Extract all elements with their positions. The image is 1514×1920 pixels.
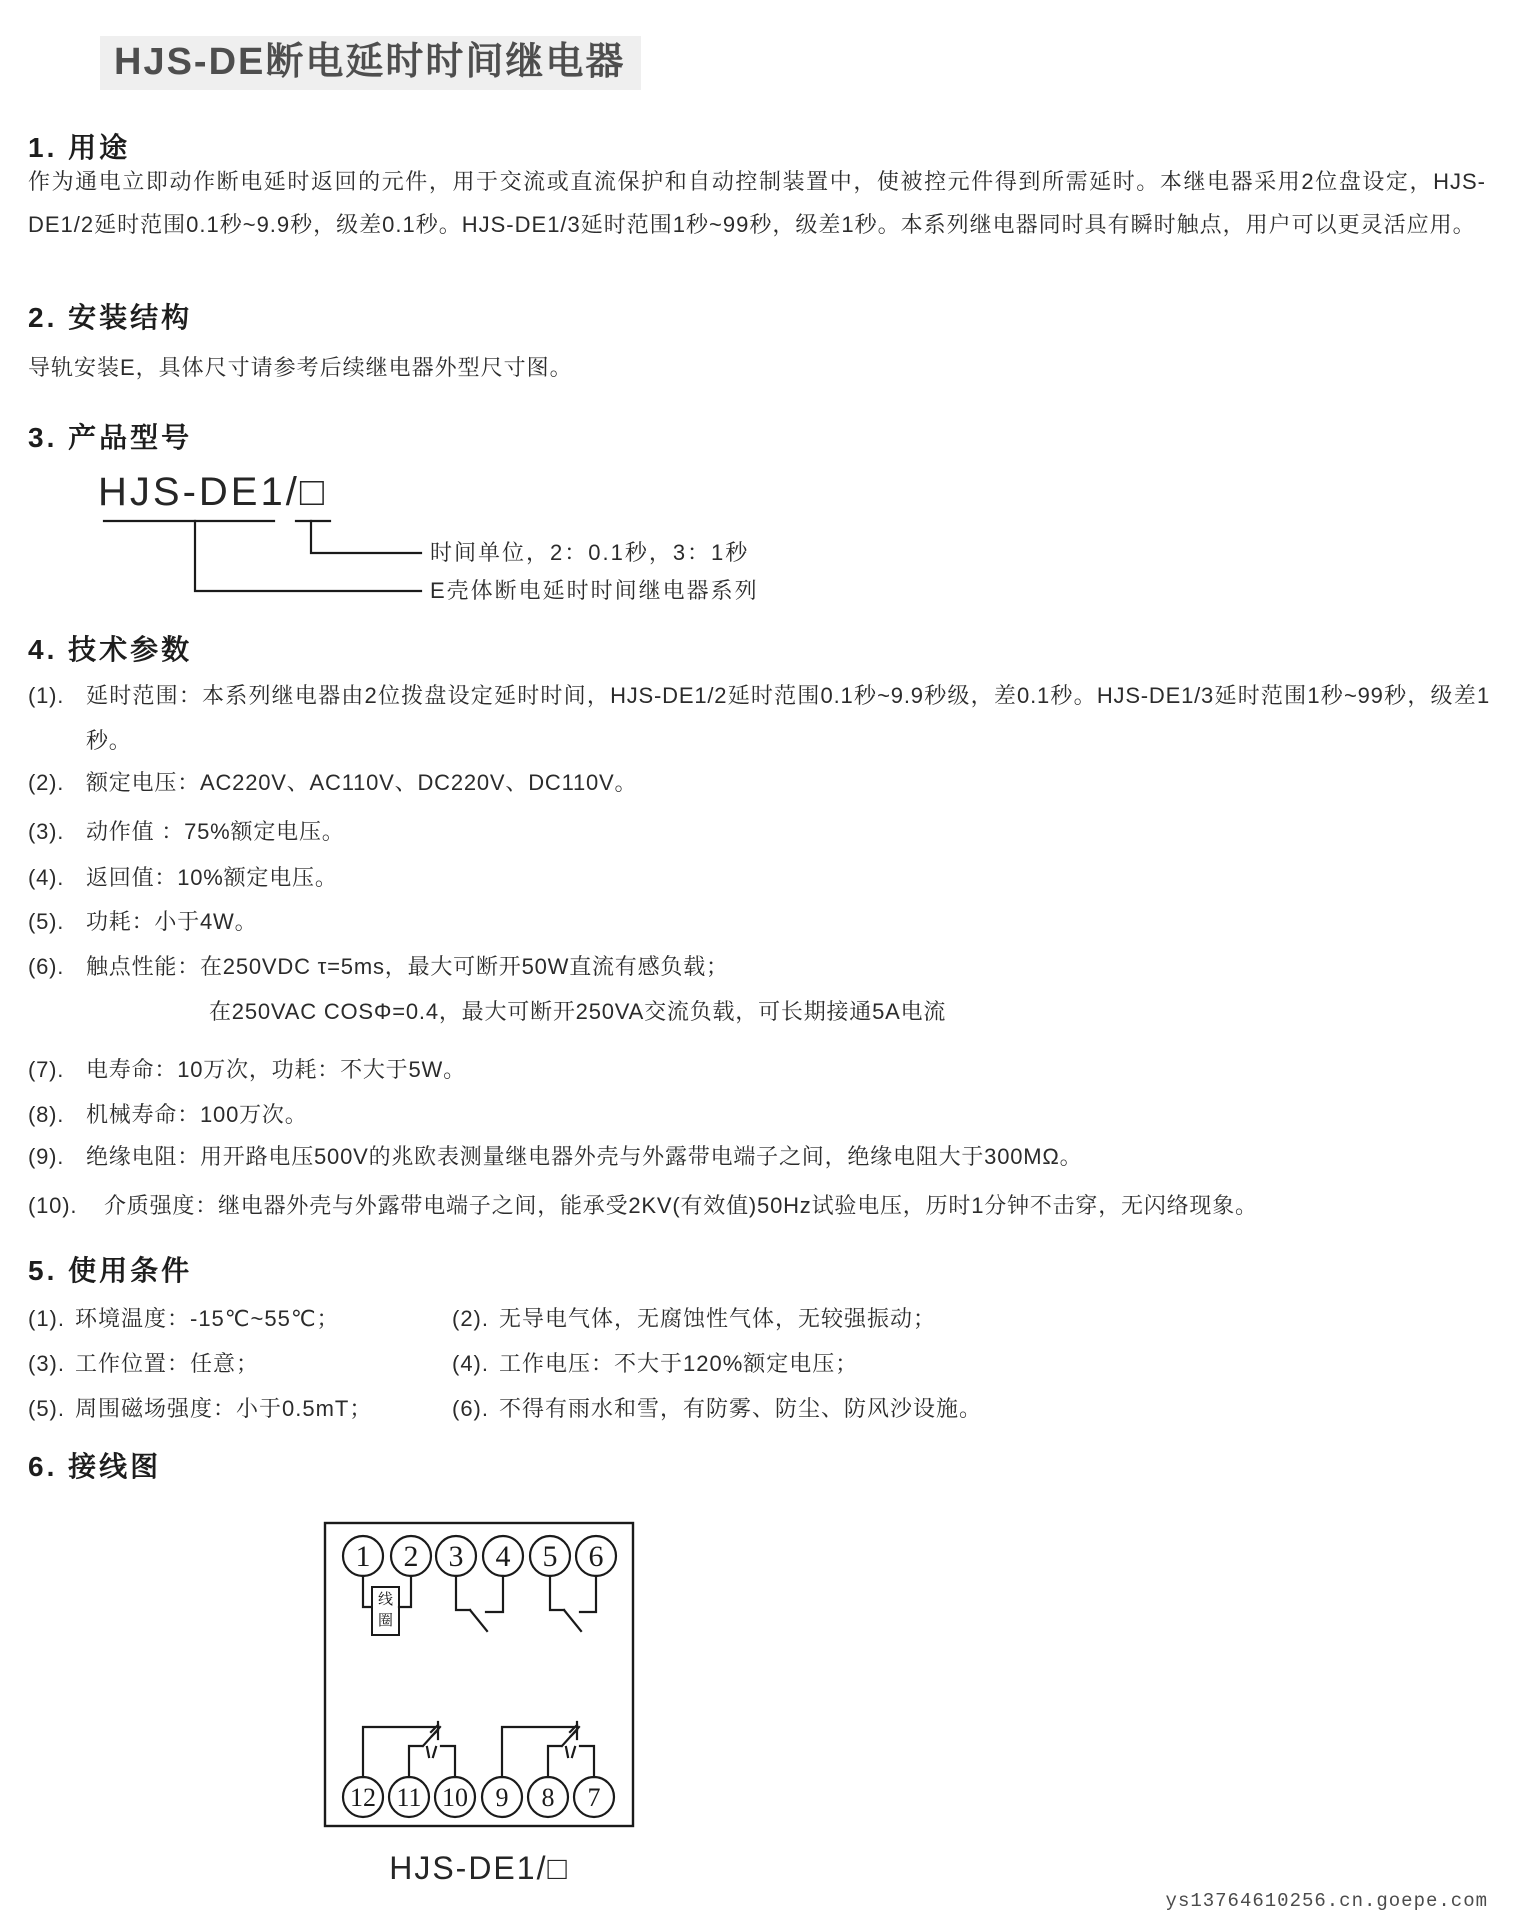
terminal-8: 8: [528, 1777, 568, 1817]
tech-item-4-text: 返回值：10%额定电压。: [86, 855, 1490, 900]
contact-3-4: [456, 1576, 503, 1631]
terminal-5-number: 5: [543, 1540, 558, 1573]
cond-item-2-label: (2).: [452, 1304, 489, 1334]
terminal-5: 5: [530, 1536, 570, 1576]
tech-item-6-line1: 触点性能：在250VDC τ=5ms，最大可断开50W直流有感负载；: [86, 944, 1490, 989]
contact-5-6-wire-right: [580, 1576, 596, 1612]
contact-left-delay-fork: [427, 1747, 436, 1757]
contact-12-wire: [363, 1727, 435, 1777]
tech-item-2-text: 额定电压：AC220V、AC110V、DC220V、DC110V。: [86, 760, 1490, 805]
tech-item-8-text: 机械寿命：100万次。: [86, 1092, 1490, 1137]
tech-item-6-line2: 在250VAC COSΦ=0.4，最大可断开250VA交流负载，可长期接通5A电…: [86, 989, 1490, 1034]
terminal-12-number: 12: [350, 1783, 376, 1812]
cond-item-3-text: 工作位置：任意；: [75, 1349, 259, 1379]
section-2-heading: 2. 安装结构: [28, 296, 192, 336]
cond-item-2: (2). 无导电气体，无腐蚀性气体，无较强振动；: [452, 1304, 936, 1334]
cond-item-4-text: 工作电压：不大于120%额定电压；: [499, 1349, 858, 1379]
tech-item-5-label: (5).: [28, 899, 86, 944]
section-6-heading: 6. 接线图: [28, 1445, 161, 1485]
terminal-3-number: 3: [449, 1540, 464, 1573]
contact-5-6: [550, 1576, 596, 1631]
terminal-9-number: 9: [496, 1783, 509, 1812]
callout-line-series: [195, 521, 421, 591]
terminal-7-number: 7: [588, 1783, 601, 1812]
tech-item-10-label: (10).: [28, 1183, 104, 1228]
tech-item-4: (4). 返回值：10%额定电压。: [28, 855, 1490, 900]
terminal-10: 10: [435, 1777, 475, 1817]
tech-item-2: (2). 额定电压：AC220V、AC110V、DC220V、DC110V。: [28, 760, 1490, 805]
cond-item-3-label: (3).: [28, 1349, 65, 1379]
terminal-6-number: 6: [589, 1540, 604, 1573]
tech-item-8-label: (8).: [28, 1092, 86, 1137]
wiring-diagram-caption: HJS-DE1/□: [299, 1850, 659, 1887]
cond-item-3: (3). 工作位置：任意；: [28, 1349, 452, 1379]
terminal-7: 7: [574, 1777, 614, 1817]
tech-item-7: (7). 电寿命：10万次，功耗：不大于5W。: [28, 1047, 1490, 1092]
section-2-body: 导轨安装E，具体尺寸请参考后续继电器外型尺寸图。: [28, 353, 573, 383]
wiring-diagram-border: [325, 1523, 633, 1826]
cond-item-6-label: (6).: [452, 1394, 489, 1424]
tech-item-5: (5). 功耗：小于4W。: [28, 899, 1490, 944]
tech-item-3-label: (3).: [28, 809, 86, 854]
tech-item-4-label: (4).: [28, 855, 86, 900]
tech-item-6-text: 触点性能：在250VDC τ=5ms，最大可断开50W直流有感负载； 在250V…: [86, 944, 1490, 1034]
tech-item-5-text: 功耗：小于4W。: [86, 899, 1490, 944]
callout-time-unit: 时间单位，2：0.1秒，3：1秒: [430, 540, 749, 566]
coil-wire-left: [363, 1576, 371, 1607]
contact-3-4-wire-right: [486, 1576, 503, 1612]
terminal-1: 1: [343, 1536, 383, 1576]
terminal-12: 12: [343, 1777, 383, 1817]
cond-row-3: (5). 周围磁场强度：小于0.5mT； (6). 不得有雨水和雪，有防雾、防尘…: [28, 1394, 982, 1424]
contact-8-wire: [548, 1746, 561, 1777]
tech-item-9-label: (9).: [28, 1134, 86, 1179]
cond-item-4: (4). 工作电压：不大于120%额定电压；: [452, 1349, 858, 1379]
contact-10-wire: [441, 1746, 455, 1777]
terminal-11-number: 11: [396, 1783, 421, 1812]
cond-item-5: (5). 周围磁场强度：小于0.5mT；: [28, 1394, 452, 1424]
contact-9-8-7: [502, 1722, 594, 1777]
tech-item-10-text: 介质强度：继电器外壳与外露带电端子之间，能承受2KV(有效值)50Hz试验电压，…: [104, 1183, 1490, 1228]
tech-item-1: (1). 延时范围：本系列继电器由2位拨盘设定延时时间，HJS-DE1/2延时范…: [28, 673, 1490, 763]
section-4-heading: 4. 技术参数: [28, 628, 192, 668]
page-title: HJS-DE断电延时时间继电器: [100, 36, 641, 90]
contact-12-11-10: [363, 1722, 455, 1777]
tech-item-9-text: 绝缘电阻：用开路电压500V的兆欧表测量继电器外壳与外露带电端子之间，绝缘电阻大…: [86, 1134, 1490, 1179]
terminal-1-number: 1: [356, 1540, 371, 1573]
cond-item-4-label: (4).: [452, 1349, 489, 1379]
cond-item-2-text: 无导电气体，无腐蚀性气体，无较强振动；: [499, 1304, 936, 1334]
terminal-3: 3: [436, 1536, 476, 1576]
section-5-heading: 5. 使用条件: [28, 1249, 192, 1289]
callout-line-time-unit: [311, 521, 421, 553]
contact-right-delay-arrow: [570, 1722, 577, 1739]
contact-3-4-blade: [470, 1610, 487, 1631]
cond-item-1-text: 环境温度：-15℃~55℃；: [75, 1304, 340, 1334]
callout-series: E壳体断电延时时间继电器系列: [430, 578, 759, 604]
tech-item-6-label: (6).: [28, 944, 86, 1034]
watermark: ys13764610256.cn.goepe.com: [1166, 1890, 1488, 1912]
tech-item-10: (10). 介质强度：继电器外壳与外露带电端子之间，能承受2KV(有效值)50H…: [28, 1183, 1490, 1228]
tech-item-7-text: 电寿命：10万次，功耗：不大于5W。: [86, 1047, 1490, 1092]
cond-item-5-text: 周围磁场强度：小于0.5mT；: [75, 1394, 372, 1424]
cond-row-1: (1). 环境温度：-15℃~55℃； (2). 无导电气体，无腐蚀性气体，无较…: [28, 1304, 936, 1334]
terminal-8-number: 8: [542, 1783, 555, 1812]
tech-item-6: (6). 触点性能：在250VDC τ=5ms，最大可断开50W直流有感负载； …: [28, 944, 1490, 1034]
contact-left-delay-arrow: [431, 1722, 438, 1739]
cond-item-5-label: (5).: [28, 1394, 65, 1424]
tech-item-1-text: 延时范围：本系列继电器由2位拨盘设定延时时间，HJS-DE1/2延时范围0.1秒…: [86, 673, 1490, 763]
tech-item-9: (9). 绝缘电阻：用开路电压500V的兆欧表测量继电器外壳与外露带电端子之间，…: [28, 1134, 1490, 1179]
cond-row-2: (3). 工作位置：任意； (4). 工作电压：不大于120%额定电压；: [28, 1349, 858, 1379]
model-callout-lines: [90, 515, 430, 600]
terminal-9: 9: [482, 1777, 522, 1817]
terminal-11: 11: [389, 1777, 429, 1817]
tech-item-2-label: (2).: [28, 760, 86, 805]
section-3-heading: 3. 产品型号: [28, 416, 192, 456]
wiring-diagram: 1 2 3 4 5 6: [300, 1498, 680, 1848]
contact-5-6-wire-left: [550, 1576, 564, 1610]
contact-9-wire: [502, 1727, 574, 1777]
terminal-10-number: 10: [442, 1783, 468, 1812]
tech-item-3-text: 动作值 ：75%额定电压。: [86, 809, 1490, 854]
cond-item-1-label: (1).: [28, 1304, 65, 1334]
cond-item-6-text: 不得有雨水和雪，有防雾、防尘、防风沙设施。: [499, 1394, 982, 1424]
cond-item-6: (6). 不得有雨水和雪，有防雾、防尘、防风沙设施。: [452, 1394, 982, 1424]
tech-item-7-label: (7).: [28, 1047, 86, 1092]
tech-item-3: (3). 动作值 ：75%额定电压。: [28, 809, 1490, 854]
contact-5-6-blade: [564, 1610, 581, 1631]
terminal-4: 4: [483, 1536, 523, 1576]
terminal-2-number: 2: [404, 1540, 419, 1573]
terminal-6: 6: [576, 1536, 616, 1576]
coil-wire-right: [399, 1576, 411, 1607]
coil-box: 线圈: [371, 1586, 400, 1636]
contact-11-wire: [409, 1746, 422, 1777]
terminal-2: 2: [391, 1536, 431, 1576]
contact-7-wire: [580, 1746, 594, 1777]
tech-item-8: (8). 机械寿命：100万次。: [28, 1092, 1490, 1137]
datasheet-page: HJS-DE断电延时时间继电器 1. 用途 作为通电立即动作断电延时返回的元件，…: [0, 0, 1514, 1920]
contact-right-delay-fork: [566, 1747, 575, 1757]
terminal-4-number: 4: [496, 1540, 511, 1573]
section-1-body: 作为通电立即动作断电延时返回的元件，用于交流或直流保护和自动控制装置中，使被控元…: [28, 160, 1486, 246]
cond-item-1: (1). 环境温度：-15℃~55℃；: [28, 1304, 452, 1334]
model-number: HJS-DE1/□: [98, 470, 327, 515]
tech-item-1-label: (1).: [28, 673, 86, 763]
contact-3-4-wire-left: [456, 1576, 470, 1610]
